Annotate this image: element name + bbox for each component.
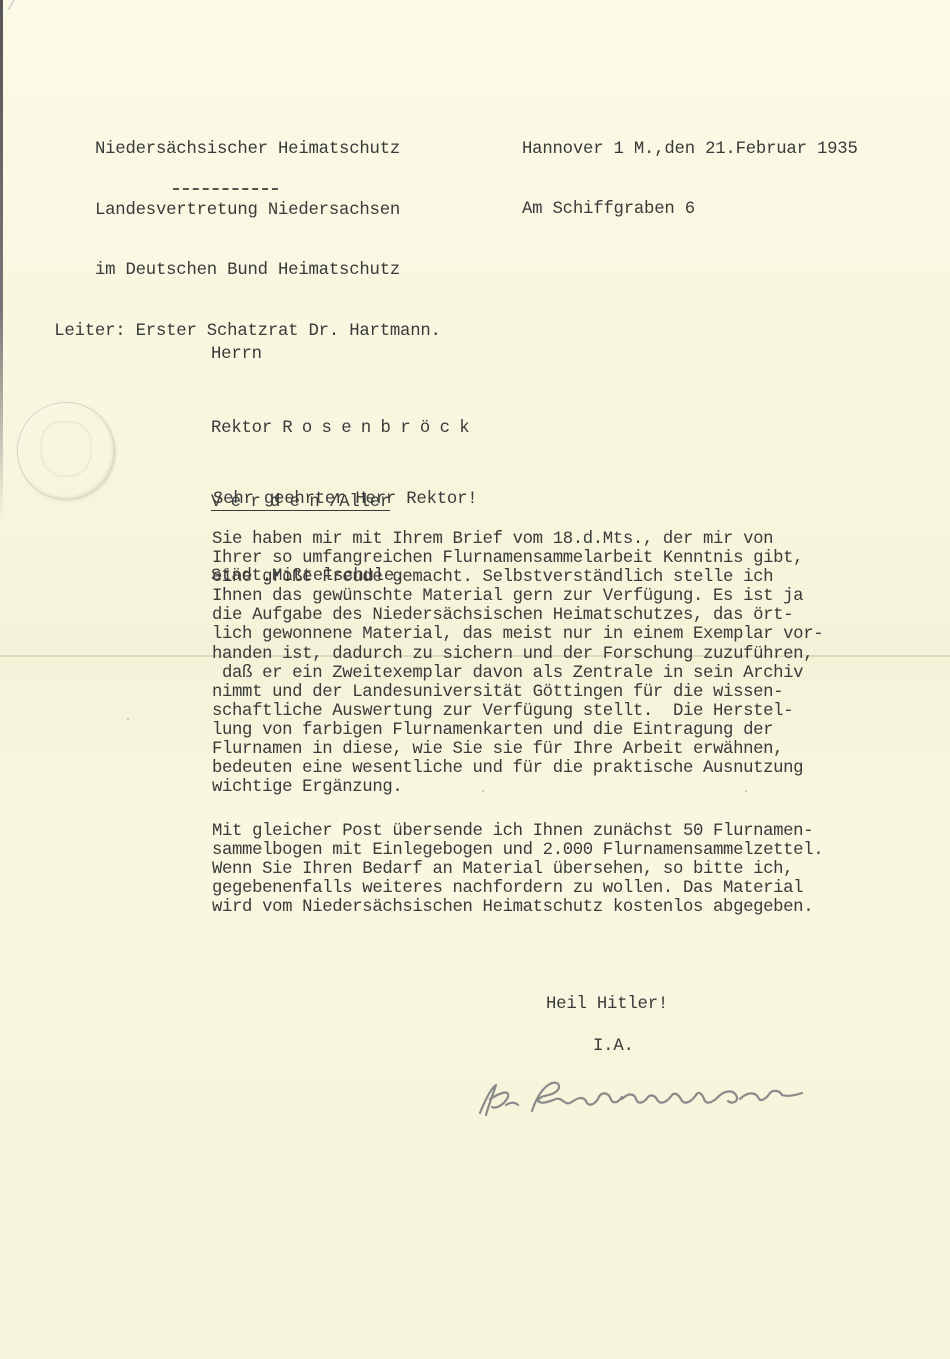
body-text-line: sammelbogen mit Einlegebogen und 2.000 F… bbox=[212, 841, 823, 860]
org-line: Landesvertretung Niedersachsen bbox=[20, 201, 475, 222]
place-date-line: Hannover 1 M.,den 21.Februar 1935 bbox=[522, 140, 858, 160]
letterhead-divider bbox=[173, 188, 278, 190]
body-text-line: lung von farbigen Flurnamenkarten und di… bbox=[212, 721, 823, 740]
page-corner-mark bbox=[7, 0, 29, 10]
body-text-line: wird vom Niedersächsischen Heimatschutz … bbox=[212, 898, 823, 917]
org-line: Niedersächsischer Heimatschutz bbox=[20, 140, 475, 161]
recipient-title: Rektor bbox=[211, 419, 272, 438]
body-text-line: Sie haben mir mit Ihrem Brief vom 18.d.M… bbox=[212, 530, 823, 549]
embossed-seal-icon bbox=[17, 402, 115, 500]
body-text-line: nimmt und der Landesuniversität Göttinge… bbox=[212, 683, 823, 702]
body-text-line: Wenn Sie Ihren Bedarf an Material überse… bbox=[212, 860, 823, 879]
body-text-line: eine große Freude gemacht. Selbstverstän… bbox=[212, 568, 823, 587]
street-address-line: Am Schiffgraben 6 bbox=[522, 200, 858, 220]
body-text-line: Ihrer so umfangreichen Flurnamensammelar… bbox=[212, 549, 823, 568]
body-text-line: die Aufgabe des Niedersächsischen Heimat… bbox=[212, 606, 823, 625]
org-line: im Deutschen Bund Heimatschutz bbox=[20, 261, 475, 282]
body-text-line: daß er ein Zweitexemplar davon als Zentr… bbox=[212, 664, 823, 683]
place-date-block: Hannover 1 M.,den 21.Februar 1935 Am Sch… bbox=[522, 100, 858, 260]
recipient-name-line: Rektor Rosenbröck bbox=[211, 419, 479, 453]
handwritten-signature: Dr. Grabenhorst bbox=[470, 1075, 810, 1120]
letter-page: Niedersächsischer Heimatschutz Landesver… bbox=[0, 0, 950, 1359]
body-text-line: schaftliche Auswertung zur Verfügung ste… bbox=[212, 702, 823, 721]
recipient-name: Rosenbröck bbox=[282, 419, 479, 438]
body-text-line: lich gewonnene Material, das meist nur i… bbox=[212, 625, 823, 644]
body-paragraph-1: Sie haben mir mit Ihrem Brief vom 18.d.M… bbox=[212, 530, 823, 797]
paper-speck bbox=[745, 790, 747, 792]
body-text-line: Ihnen das gewünschte Material gern zur V… bbox=[212, 587, 823, 606]
valediction: Heil Hitler! bbox=[546, 995, 668, 1015]
body-text-line: Mit gleicher Post übersende ich Ihnen zu… bbox=[212, 822, 823, 841]
on-behalf-marker: I.A. bbox=[593, 1037, 634, 1057]
body-text-line: wichtige Ergänzung. bbox=[212, 778, 823, 797]
recipient-salutation: Herrn bbox=[211, 345, 479, 379]
letter-greeting: Sehr geehrter Herr Rektor! bbox=[213, 490, 477, 510]
body-text-line: gegebenenfalls weiteres nachfordern zu w… bbox=[212, 879, 823, 898]
scan-edge-shadow bbox=[0, 0, 3, 520]
paper-speck bbox=[482, 790, 484, 792]
body-text-line: handen ist, dadurch zu sichern und der F… bbox=[212, 645, 823, 664]
body-text-line: Flurnamen in diese, wie Sie sie für Ihre… bbox=[212, 740, 823, 759]
body-text-line: bedeuten eine wesentliche und für die pr… bbox=[212, 759, 823, 778]
body-paragraph-2: Mit gleicher Post übersende ich Ihnen zu… bbox=[212, 822, 823, 917]
paper-speck bbox=[127, 718, 129, 720]
